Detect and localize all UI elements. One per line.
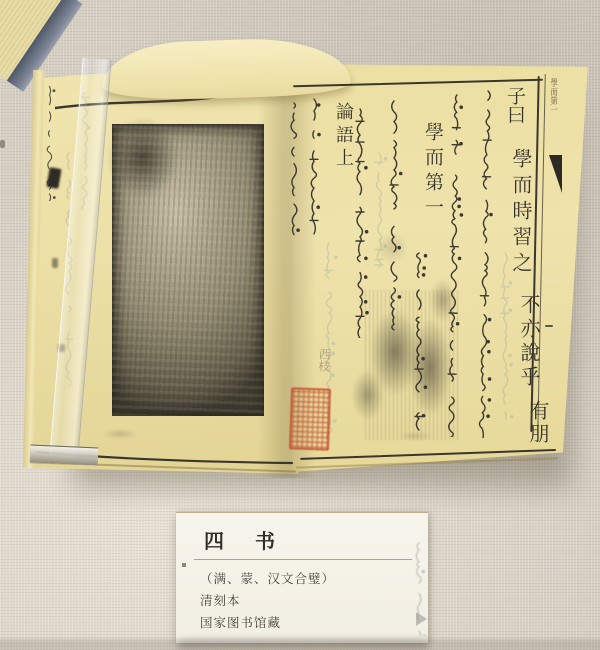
card-line-edition: 清刻本 xyxy=(200,591,241,609)
ink-streaks xyxy=(365,290,460,440)
card-title: 四 书 xyxy=(204,525,287,554)
shelf-edge-band xyxy=(0,636,600,650)
label-card: 四 书 （满、蒙、汉文合璧） 清刻本 国家图书馆藏 xyxy=(176,512,428,643)
margin-chapter-label: 學而第一 xyxy=(549,78,556,114)
curled-page-top xyxy=(101,36,351,103)
red-collection-seal xyxy=(289,387,331,450)
display-case-photo: 學而第一 子曰 學而時習之 不亦說乎 有朋 學而第一 論語上 西枝 四 书 （满… xyxy=(0,0,600,650)
mongolian-script-column xyxy=(287,100,303,243)
fabric-speck xyxy=(0,140,5,148)
chapter-title-xue-er-di-yi: 學而第一 xyxy=(423,122,442,222)
phrase-you-peng: 有朋 xyxy=(528,400,548,446)
left-page-smear xyxy=(96,428,144,440)
card-line-collection: 国家图书馆藏 xyxy=(200,613,281,631)
phrase-bu-yi-shuo-hu: 不亦說乎 xyxy=(519,294,539,390)
ink-smudge xyxy=(370,225,415,270)
book-title-lunyu-shang: 論語上 xyxy=(334,102,352,171)
phrase-ziyue: 子曰 xyxy=(505,86,524,124)
handwritten-note: 西枝 xyxy=(317,348,330,373)
card-line-languages: （满、蒙、汉文合璧） xyxy=(200,569,335,587)
spine-ink-mark xyxy=(52,258,58,268)
frame-tick-mark xyxy=(545,325,553,327)
ink-smudge xyxy=(390,430,440,442)
inked-print-block xyxy=(112,124,264,416)
phrase-xue-er-shi-xi-zhi: 學而時習之 xyxy=(511,148,531,278)
manchu-script-column xyxy=(307,96,323,249)
acrylic-strap-foot xyxy=(30,445,99,466)
showthrough-script xyxy=(498,250,514,425)
card-bullet-mark xyxy=(182,563,186,567)
card-divider-rule xyxy=(194,559,412,560)
